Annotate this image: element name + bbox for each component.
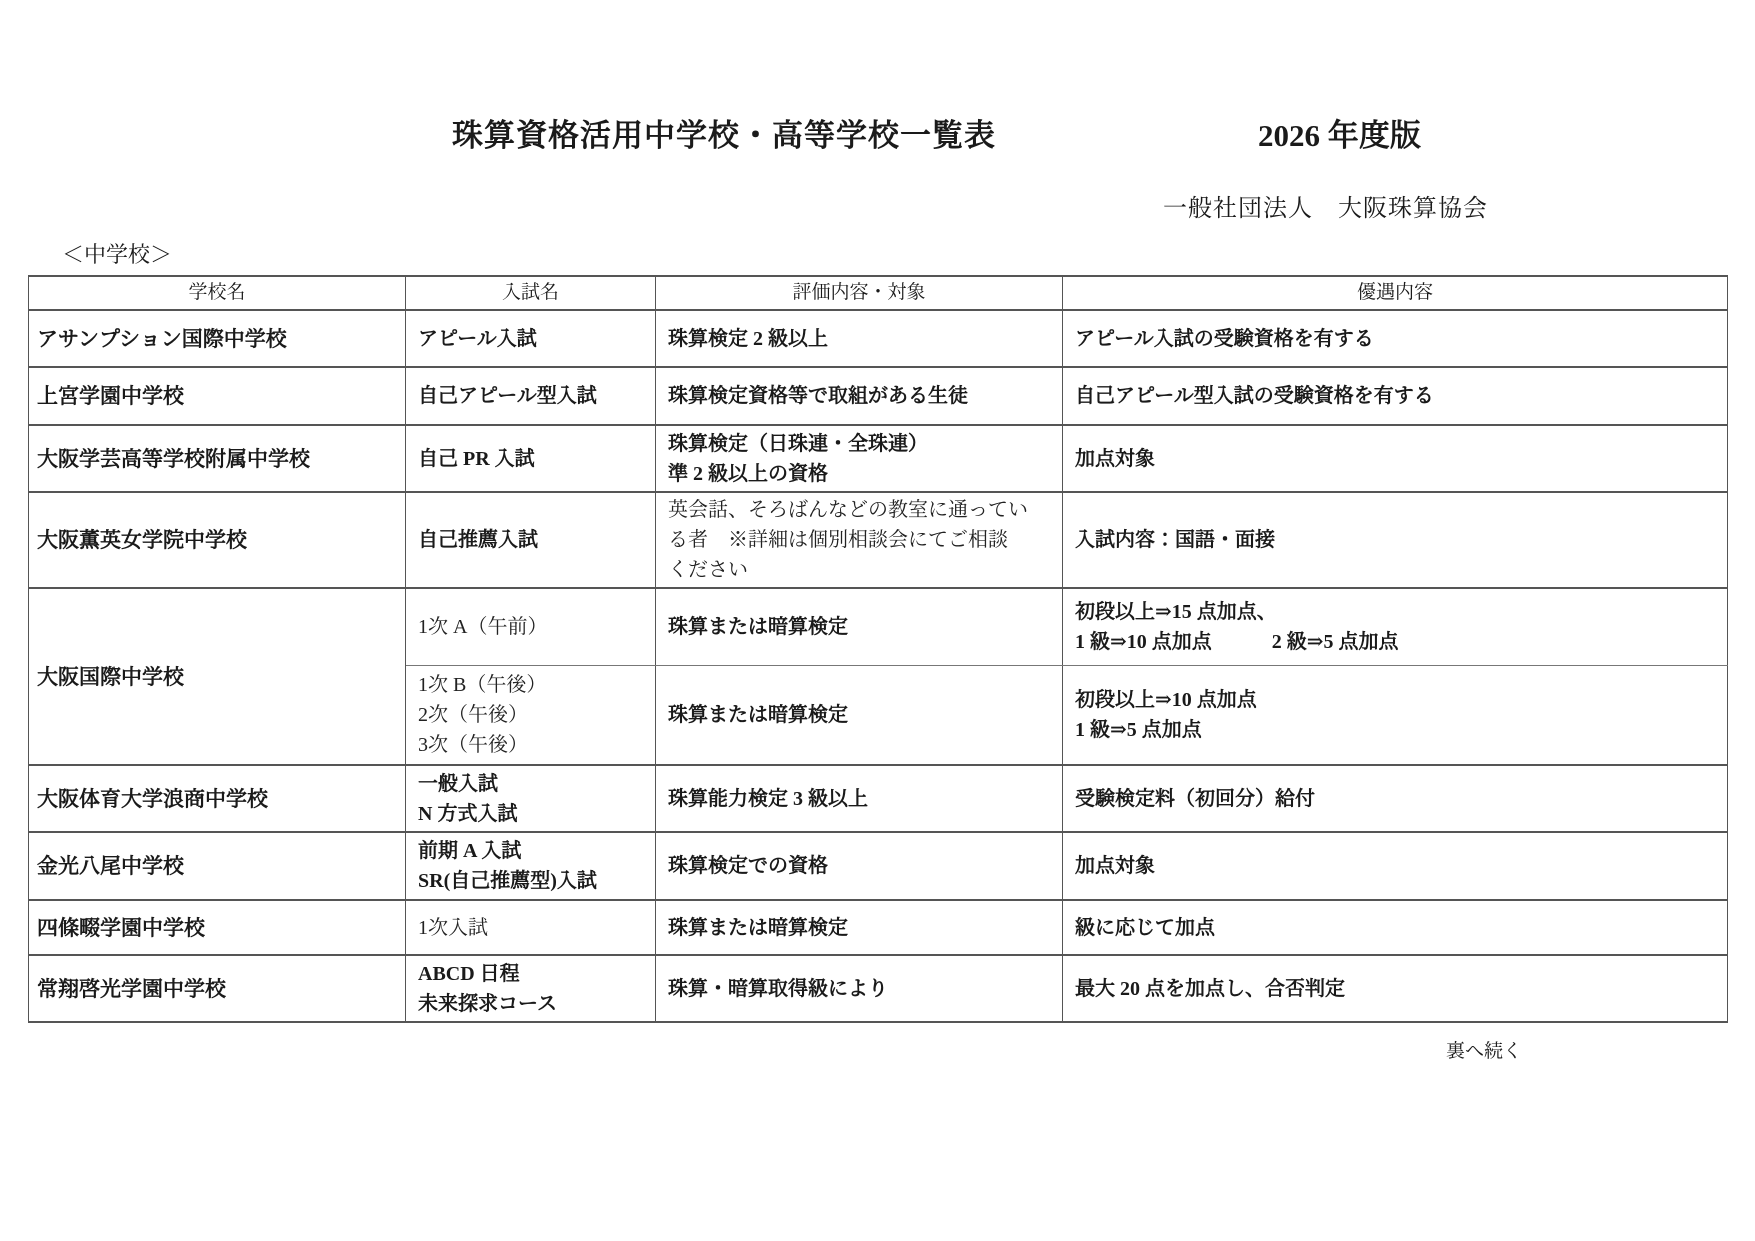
- column-header-exam: 入試名: [406, 276, 656, 310]
- organization-name: 一般社団法人 大阪珠算協会: [1163, 188, 1488, 223]
- benefit-cell: 加点対象: [1063, 832, 1728, 900]
- exam-name-cell: 前期 A 入試 SR(自己推薦型)入試: [406, 832, 656, 900]
- criteria-cell: 珠算検定 2 級以上: [656, 310, 1063, 367]
- edition-label: 2026 年度版: [1258, 110, 1421, 155]
- table-row: 常翔啓光学園中学校 ABCD 日程 未来探求コース 珠算・暗算取得級により 最大…: [29, 955, 1728, 1022]
- column-header-criteria: 評価内容・対象: [656, 276, 1063, 310]
- table-header-row: 学校名 入試名 評価内容・対象 優遇内容: [29, 276, 1728, 310]
- exam-name-cell: 1次入試: [406, 900, 656, 955]
- criteria-cell: 珠算検定（日珠連・全珠連） 準 2 級以上の資格: [656, 425, 1063, 492]
- column-header-benefit: 優遇内容: [1063, 276, 1728, 310]
- school-name-cell: 上宮学園中学校: [29, 367, 406, 425]
- exam-name-cell: 一般入試 N 方式入試: [406, 765, 656, 832]
- exam-name-cell: 自己アピール型入試: [406, 367, 656, 425]
- page-title: 珠算資格活用中学校・高等学校一覧表: [452, 110, 996, 155]
- school-name-cell: 大阪体育大学浪商中学校: [29, 765, 406, 832]
- continues-on-back-note: 裏へ続く: [1446, 1036, 1522, 1063]
- school-list-table: 学校名 入試名 評価内容・対象 優遇内容 アサンプション国際中学校 アピール入試…: [28, 275, 1728, 1023]
- exam-name-cell: ABCD 日程 未来探求コース: [406, 955, 656, 1022]
- benefit-cell: 入試内容：国語・面接: [1063, 492, 1728, 588]
- exam-name-cell: 1次 A（午前）: [406, 588, 656, 665]
- criteria-cell: 珠算または暗算検定: [656, 588, 1063, 665]
- section-label-junior-high: ＜中学校＞: [62, 238, 172, 269]
- benefit-cell: 級に応じて加点: [1063, 900, 1728, 955]
- exam-name-cell: 自己推薦入試: [406, 492, 656, 588]
- criteria-cell: 珠算または暗算検定: [656, 900, 1063, 955]
- column-header-school: 学校名: [29, 276, 406, 310]
- school-name-cell: 常翔啓光学園中学校: [29, 955, 406, 1022]
- table-row: 上宮学園中学校 自己アピール型入試 珠算検定資格等で取組がある生徒 自己アピール…: [29, 367, 1728, 425]
- criteria-cell: 珠算または暗算検定: [656, 665, 1063, 765]
- table-row: 大阪薫英女学院中学校 自己推薦入試 英会話、そろばんなどの教室に通ってい る者 …: [29, 492, 1728, 588]
- benefit-cell: 最大 20 点を加点し、合否判定: [1063, 955, 1728, 1022]
- table-row: 大阪体育大学浪商中学校 一般入試 N 方式入試 珠算能力検定 3 級以上 受験検…: [29, 765, 1728, 832]
- criteria-cell: 珠算・暗算取得級により: [656, 955, 1063, 1022]
- benefit-cell: 受験検定料（初回分）給付: [1063, 765, 1728, 832]
- table-row: 四條畷学園中学校 1次入試 珠算または暗算検定 級に応じて加点: [29, 900, 1728, 955]
- benefit-cell: 初段以上⇒15 点加点、 1 級⇒10 点加点 2 級⇒5 点加点: [1063, 588, 1728, 665]
- table-row: アサンプション国際中学校 アピール入試 珠算検定 2 級以上 アピール入試の受験…: [29, 310, 1728, 367]
- criteria-cell: 珠算能力検定 3 級以上: [656, 765, 1063, 832]
- benefit-cell: 初段以上⇒10 点加点 1 級⇒5 点加点: [1063, 665, 1728, 765]
- school-name-cell: アサンプション国際中学校: [29, 310, 406, 367]
- criteria-cell: 英会話、そろばんなどの教室に通ってい る者 ※詳細は個別相談会にてご相談 くださ…: [656, 492, 1063, 588]
- school-name-cell: 四條畷学園中学校: [29, 900, 406, 955]
- benefit-cell: アピール入試の受験資格を有する: [1063, 310, 1728, 367]
- school-name-cell: 大阪国際中学校: [29, 588, 406, 765]
- table-row: 金光八尾中学校 前期 A 入試 SR(自己推薦型)入試 珠算検定での資格 加点対…: [29, 832, 1728, 900]
- exam-name-cell: アピール入試: [406, 310, 656, 367]
- benefit-cell: 加点対象: [1063, 425, 1728, 492]
- school-name-cell: 大阪薫英女学院中学校: [29, 492, 406, 588]
- school-name-cell: 大阪学芸高等学校附属中学校: [29, 425, 406, 492]
- exam-name-cell: 自己 PR 入試: [406, 425, 656, 492]
- table-row: 大阪国際中学校 1次 A（午前） 珠算または暗算検定 初段以上⇒15 点加点、 …: [29, 588, 1728, 665]
- criteria-cell: 珠算検定での資格: [656, 832, 1063, 900]
- table-row: 大阪学芸高等学校附属中学校 自己 PR 入試 珠算検定（日珠連・全珠連） 準 2…: [29, 425, 1728, 492]
- benefit-cell: 自己アピール型入試の受験資格を有する: [1063, 367, 1728, 425]
- school-name-cell: 金光八尾中学校: [29, 832, 406, 900]
- document-page: 珠算資格活用中学校・高等学校一覧表 2026 年度版 一般社団法人 大阪珠算協会…: [0, 0, 1755, 1241]
- exam-name-cell: 1次 B（午後） 2次（午後） 3次（午後）: [406, 665, 656, 765]
- criteria-cell: 珠算検定資格等で取組がある生徒: [656, 367, 1063, 425]
